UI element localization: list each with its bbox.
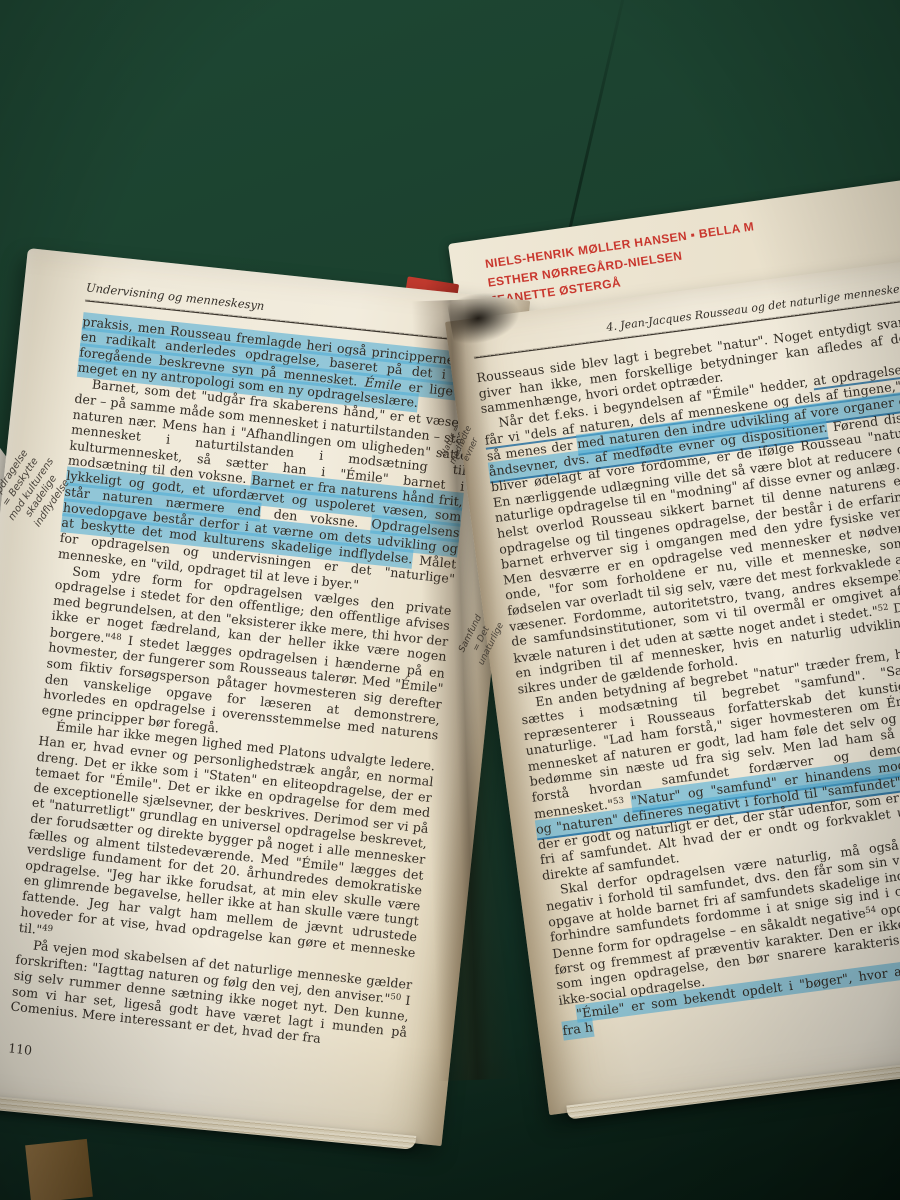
left-page-content: Undervisning og menneskesyn praksis, men… — [0, 248, 530, 1101]
left-page: Undervisning og menneskesyn praksis, men… — [0, 248, 530, 1146]
paragraph: Émile har ikke megen lighed med Platons … — [18, 717, 436, 977]
table-edge — [25, 1139, 93, 1200]
text-segment: Émile har ikke megen lighed med Platons … — [18, 719, 436, 960]
photo-open-book: NIELS-HENRIK MØLLER HANSEN ▪ BELLA M EST… — [0, 0, 900, 1200]
page-fore-edge — [566, 1045, 900, 1120]
text-segment: 49 — [42, 923, 54, 934]
left-page-text: praksis, men Rousseau fremlagde heri ogs… — [10, 313, 478, 1055]
paragraph: Når det f.eks. i begyndelsen af "Émile" … — [482, 361, 900, 698]
right-page-text: Rousseaus side blev lagt i begrebet "nat… — [476, 314, 900, 1039]
right-page-content: 4. Jean-Jacques Rousseau og det naturlig… — [445, 253, 900, 1042]
right-page: 4. Jean-Jacques Rousseau og det naturlig… — [445, 253, 900, 1115]
